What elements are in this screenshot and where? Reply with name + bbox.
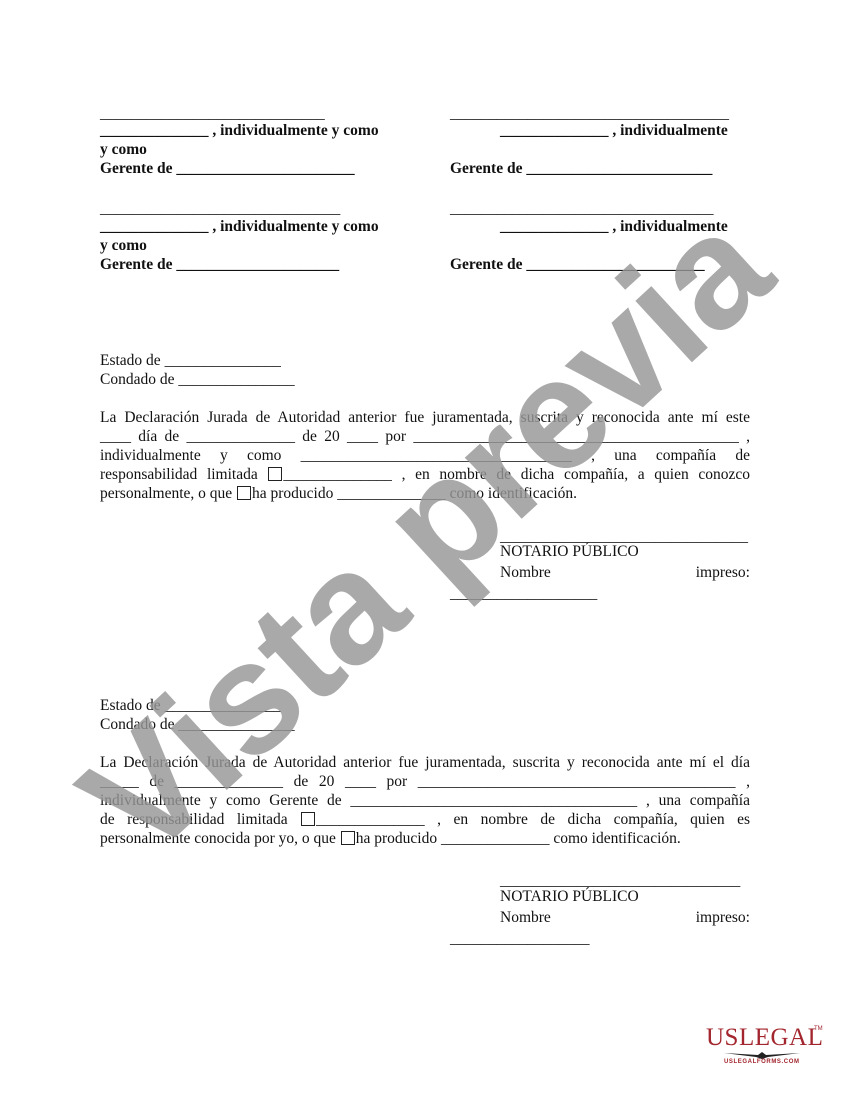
capacity-line: ______________ , individualmente [500, 121, 728, 140]
llc-label: responsabilidad limitada [100, 466, 258, 483]
capacity-line: ______________ , individualmente y como [100, 121, 379, 140]
eagle-wings-icon [722, 1051, 802, 1059]
name-label: Nombre [500, 563, 551, 582]
state-blank: _______________ [165, 697, 281, 714]
county-blank: _______________ [178, 371, 294, 388]
notary-title: NOTARIO PÚBLICO [500, 887, 639, 906]
manager-label: Gerente de [100, 256, 172, 273]
capacity-continuation: y como [100, 140, 147, 159]
state-label: Estado de [100, 352, 161, 369]
state-label: Estado de [100, 697, 161, 714]
capacity-line: ______________ , individualmente [500, 217, 728, 236]
state-blank: _______________ [165, 352, 281, 369]
ack-text-line-3: individualmente y como Gerente de ______… [100, 791, 750, 810]
name-blank: ______________ [500, 122, 609, 139]
llc-text: ______________ , en nombre de dicha comp… [283, 466, 750, 483]
ack-text-line-1: La Declaración Jurada de Autoridad anter… [100, 408, 750, 427]
name-label: Nombre [500, 908, 551, 927]
printed-name-row: Nombreimpreso: [500, 563, 750, 582]
manager-label: Gerente de [450, 256, 522, 273]
ack-text-line-4: de responsabilidad limitada ____________… [100, 810, 750, 829]
signature-line: _______________________________ [100, 199, 340, 218]
ack-text-line-5: personalmente conocida por yo, o que ha … [100, 829, 750, 848]
capacity-text: , individualmente y como [212, 218, 378, 235]
manager-line: Gerente de _____________________ [100, 255, 339, 274]
manager-label: Gerente de [450, 160, 522, 177]
personal-text: personalmente conocida por yo, o que [100, 830, 336, 847]
manager-blank: _______________________ [176, 160, 354, 177]
printed-name-line: __________________ [450, 929, 590, 948]
ack-text-line-2: ____ día de ______________ de 20 ____ po… [100, 427, 750, 446]
checkbox-llc[interactable] [268, 467, 282, 481]
ack-text-line-2: _____ de ______________ de 20 ____ por _… [100, 772, 750, 791]
manager-blank: _______________________ [526, 256, 704, 273]
printed-label: impreso: [696, 908, 750, 927]
capacity-line: ______________ , individualmente y como [100, 217, 379, 236]
checkbox-identification[interactable] [237, 486, 251, 500]
printed-label: impreso: [696, 563, 750, 582]
personal-text: personalmente, o que [100, 485, 232, 502]
capacity-text: , individualmente [609, 122, 728, 139]
logo-url: USLEGALFORMS.COM [724, 1059, 800, 1065]
capacity-text: , individualmente y como [212, 122, 378, 139]
identification-text: ha producido ______________ como identif… [252, 485, 577, 502]
manager-label: Gerente de [100, 160, 172, 177]
state-line: Estado de _______________ [100, 351, 281, 370]
identification-text: ha producido ______________ como identif… [356, 830, 681, 847]
manager-blank: _____________________ [176, 256, 339, 273]
notary-title: NOTARIO PÚBLICO [500, 542, 639, 561]
county-label: Condado de [100, 716, 174, 733]
county-line: Condado de _______________ [100, 715, 295, 734]
name-blank: ______________ [500, 218, 609, 235]
checkbox-identification[interactable] [341, 831, 355, 845]
manager-blank: ________________________ [526, 160, 712, 177]
uslegal-logo: USLEGAL TM USLEGALFORMS.COM [706, 1024, 824, 1070]
capacity-continuation: y como [100, 236, 147, 255]
logo-trademark: TM [814, 1026, 823, 1032]
county-blank: _______________ [178, 716, 294, 733]
ack-text-line-1: La Declaración Jurada de Autoridad anter… [100, 753, 750, 772]
county-line: Condado de _______________ [100, 370, 295, 389]
printed-name-line: ___________________ [450, 584, 597, 603]
manager-line: Gerente de _______________________ [100, 159, 355, 178]
logo-brand: USLEGAL [706, 1024, 823, 1052]
manager-line: Gerente de ________________________ [450, 159, 712, 178]
ack-text-line-3: individualmente y como _________________… [100, 446, 750, 465]
llc-label: de responsabilidad limitada [100, 811, 288, 828]
document-page: _____________________________ __________… [0, 0, 850, 1100]
name-blank: ______________ [100, 218, 209, 235]
llc-text: ______________ , en nombre de dicha comp… [316, 811, 750, 828]
capacity-text: , individualmente [612, 218, 727, 235]
signature-line: __________________________________ [450, 199, 714, 218]
manager-line: Gerente de _______________________ [450, 255, 705, 274]
checkbox-llc[interactable] [301, 812, 315, 826]
ack-text-line-4: responsabilidad limitada ______________ … [100, 465, 750, 484]
county-label: Condado de [100, 371, 174, 388]
printed-name-row: Nombreimpreso: [500, 908, 750, 927]
ack-text-line-5: personalmente, o que ha producido ______… [100, 484, 750, 503]
name-blank: ______________ [100, 122, 209, 139]
state-line: Estado de _______________ [100, 696, 281, 715]
